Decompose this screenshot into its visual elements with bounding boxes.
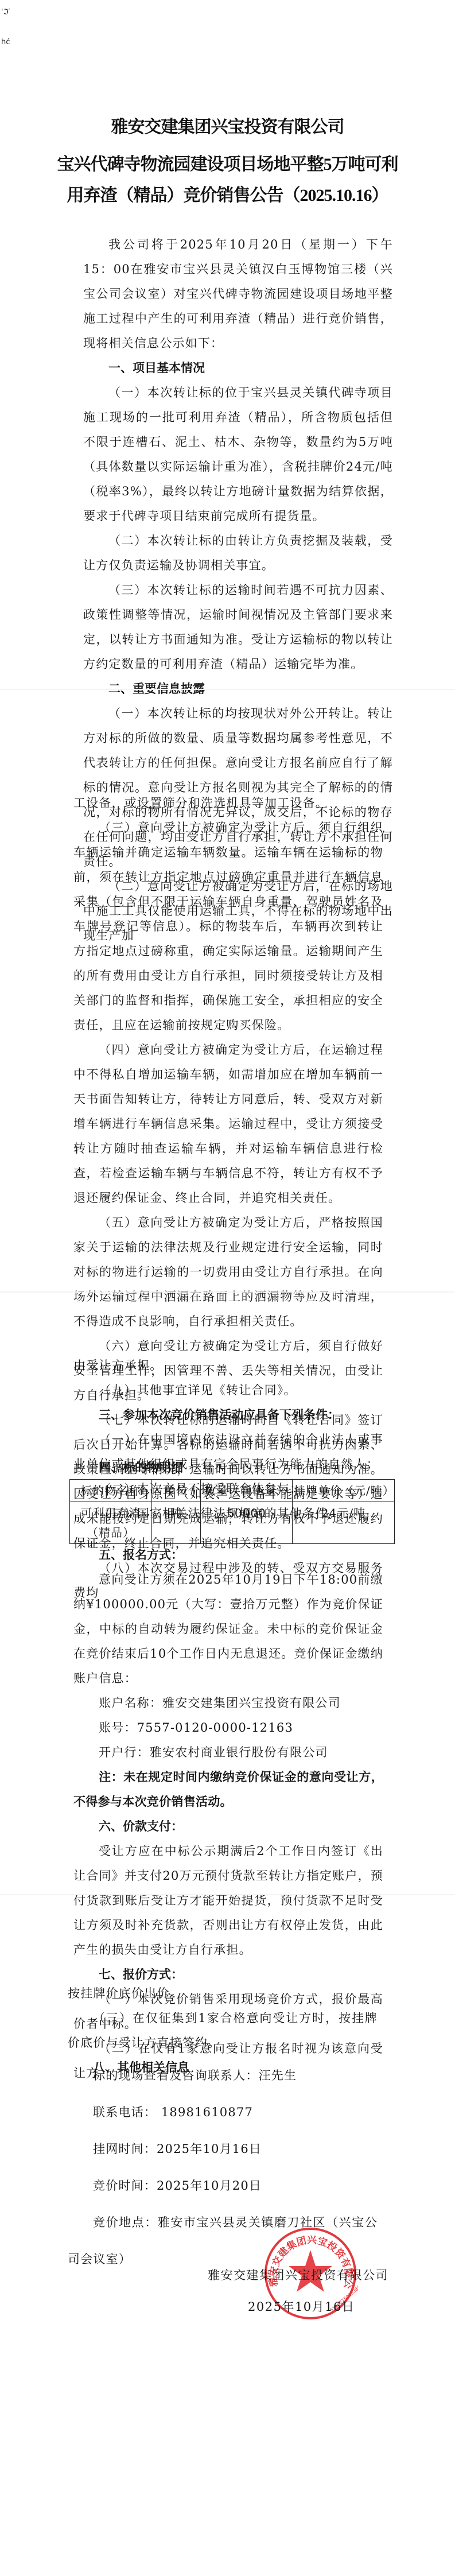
auction-date: 竞价时间：2025年10月20日: [68, 2167, 378, 2204]
section-1-item-2: （二）本次转让标的由转让方负责挖掘及装载，受让方仅负责运输及协调相关事宜。: [83, 529, 393, 578]
section-1-item-1: （一）本次转让标的位于宝兴县灵关镇代碑寺项目施工现场的一批可利用弃渣（精品），所…: [83, 381, 393, 529]
scan-mark: hć: [1, 38, 10, 46]
signature-company: 雅安交建集团兴宝投资有限公司: [208, 2263, 388, 2288]
page-break: [0, 689, 455, 690]
bank-name: 开户行：雅安农村商业银行股份有限公司: [73, 1740, 383, 1765]
col-quantity: 数量（暂估量）: [201, 1480, 293, 1502]
contact-phone: 联系电话： 18981610877: [68, 2094, 378, 2131]
section-2-item-9: （九）其他事宜详见《转让合同》。: [73, 1378, 383, 1403]
table-row: 可利用弃渣（精品） 吨 50000 24元/吨: [70, 1502, 395, 1544]
cell-quantity: 50000: [201, 1502, 293, 1544]
section-4-heading: 四、标的物明细: [99, 1456, 409, 1480]
section-7-item-2b: 按挂牌价底价出价。: [68, 1981, 378, 2006]
section-1-heading: 一、项目基本情况: [83, 356, 393, 381]
section-5-body: 意向受让方须在2025年10月19日下午18:00前缴纳¥100000.00元（…: [73, 1568, 383, 1691]
section-2-item-4: （四）意向受让方被确定为受让方后，在运输过程中不得私自增加运输车辆，如需增加应在…: [73, 1038, 383, 1211]
section-2-item-5: （五）意向受让方被确定为受让方后，严格按照国家关于运输的法律法规及行业规定进行安…: [73, 1211, 383, 1334]
account-name: 账户名称：雅安交建集团兴宝投资有限公司: [73, 1691, 383, 1716]
document-title-line-2: 宝兴代碑寺物流园建设项目场地平整5万吨可利: [0, 155, 455, 174]
page-break: [0, 1291, 455, 1293]
document-title-line-3: 用弃渣（精品）竞价销售公告（2025.10.16）: [0, 186, 455, 205]
section-6-body: 受让方应在中标公示期满后2个工作日内签订《出让合同》并支付20万元预付货款至转让…: [73, 1839, 383, 1962]
cell-unit: 吨: [152, 1502, 201, 1544]
scan-mark: ˈℑ′: [1, 8, 10, 17]
items-table: 标的物名称 单位 数量（暂估量） 挂牌单价（元/吨） 可利用弃渣（精品） 吨 5…: [69, 1479, 395, 1544]
account-number: 账号：7557-0120-0000-12163: [73, 1716, 383, 1740]
section-3-heading: 三、参加本次竞价销售活动应具备下列条件：: [73, 1403, 383, 1427]
listing-date: 挂网时间：2025年10月16日: [68, 2131, 378, 2167]
section-1-item-3: （三）本次转让标的运输时间若遇不可抗力因素、政策性调整等情况，运输时间视情况及主…: [83, 578, 393, 677]
section-7-item-3: （三）在仅征集到1家合格意向受让方时，按挂牌价底价与受让方直接签约。: [68, 2006, 378, 2055]
cell-item-name: 可利用弃渣（精品）: [70, 1502, 152, 1544]
contact-person: 标的现场查看及咨询联系人：汪先生: [68, 2057, 378, 2094]
section-5-heading: 五、报名方式：: [73, 1543, 383, 1568]
col-unit: 单位: [152, 1480, 201, 1502]
col-item-name: 标的物名称: [70, 1480, 152, 1502]
document-title-line-1: 雅安交建集团兴宝投资有限公司: [0, 118, 455, 137]
signature-date: 2025年10月16日: [248, 2295, 355, 2319]
intro-paragraph: 我公司将于2025年10月20日（星期一）下午15：00在雅安市宝兴县灵关镇汉白…: [83, 232, 393, 356]
col-listed-price: 挂牌单价（元/吨）: [293, 1480, 395, 1502]
registration-note: 注：未在规定时间内缴纳竞价保证金的意向受让方，不得参与本次竞价销售活动。: [73, 1765, 383, 1814]
table-header-row: 标的物名称 单位 数量（暂估量） 挂牌单价（元/吨）: [70, 1480, 395, 1502]
page-break: [0, 1894, 455, 1895]
section-2-item-2b: 工设备，或设置筛分和洗选机具等加工设备。: [73, 791, 383, 816]
cell-listed-price: 24元/吨: [293, 1502, 395, 1544]
section-2-item-8b: 由受让方承担。: [73, 1353, 383, 1378]
section-2-item-3: （三）意向受让方被确定为受让方后，须自行组织车辆运输并确定运输车辆数量。运输车辆…: [73, 816, 383, 1038]
section-6-heading: 六、价款支付：: [73, 1814, 383, 1839]
